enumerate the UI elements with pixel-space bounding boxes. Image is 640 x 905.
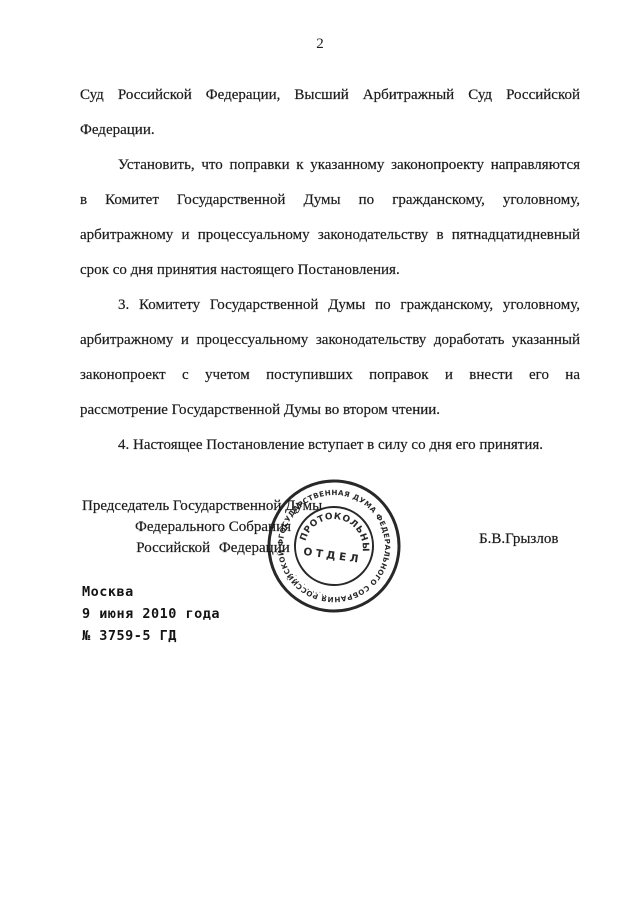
svg-text:·˙·· ˙ · ··˙··: ·˙·· ˙ · ··˙·· (286, 572, 330, 600)
body-line: 4. Настоящее Постановление вступает в си… (80, 428, 580, 463)
signature-title-line: Председатель Государственной Думы (82, 496, 344, 517)
body-line: срок со дня принятия настоящего Постанов… (80, 253, 580, 288)
body-line: арбитражному и процессуальному законодат… (80, 218, 580, 253)
body-line: Суд Российской Федерации, Высший Арбитра… (80, 78, 580, 113)
footer-city: Москва (82, 581, 220, 603)
stamp-ring-bottom-text: ·˙·· ˙ · ··˙·· (286, 572, 330, 600)
signature-block: Председатель Государственной Думы Федера… (82, 496, 344, 559)
document-page: 2 Суд Российской Федерации, Высший Арбит… (0, 0, 640, 905)
page-number: 2 (0, 36, 640, 53)
signature-title-line: Российской Федерации (82, 538, 344, 559)
body-line: Федерации. (80, 113, 580, 148)
body-line: в Комитет Государственной Думы по гражда… (80, 183, 580, 218)
body-line: рассмотрение Государственной Думы во вто… (80, 393, 580, 428)
signee-name: Б.В.Грызлов (479, 531, 558, 548)
footer-block: Москва 9 июня 2010 года № 3759-5 ГД (82, 581, 220, 647)
signature-title-line: Федерального Собрания (82, 517, 344, 538)
body-line: арбитражному и процессуальному законодат… (80, 323, 580, 358)
footer-date: 9 июня 2010 года (82, 603, 220, 625)
body-line: Установить, что поправки к указанному за… (80, 148, 580, 183)
document-body: Суд Российской Федерации, Высший Арбитра… (80, 78, 580, 463)
footer-number: № 3759-5 ГД (82, 625, 220, 647)
body-line: законопроект с учетом поступивших поправ… (80, 358, 580, 393)
body-line: 3. Комитету Государственной Думы по граж… (80, 288, 580, 323)
